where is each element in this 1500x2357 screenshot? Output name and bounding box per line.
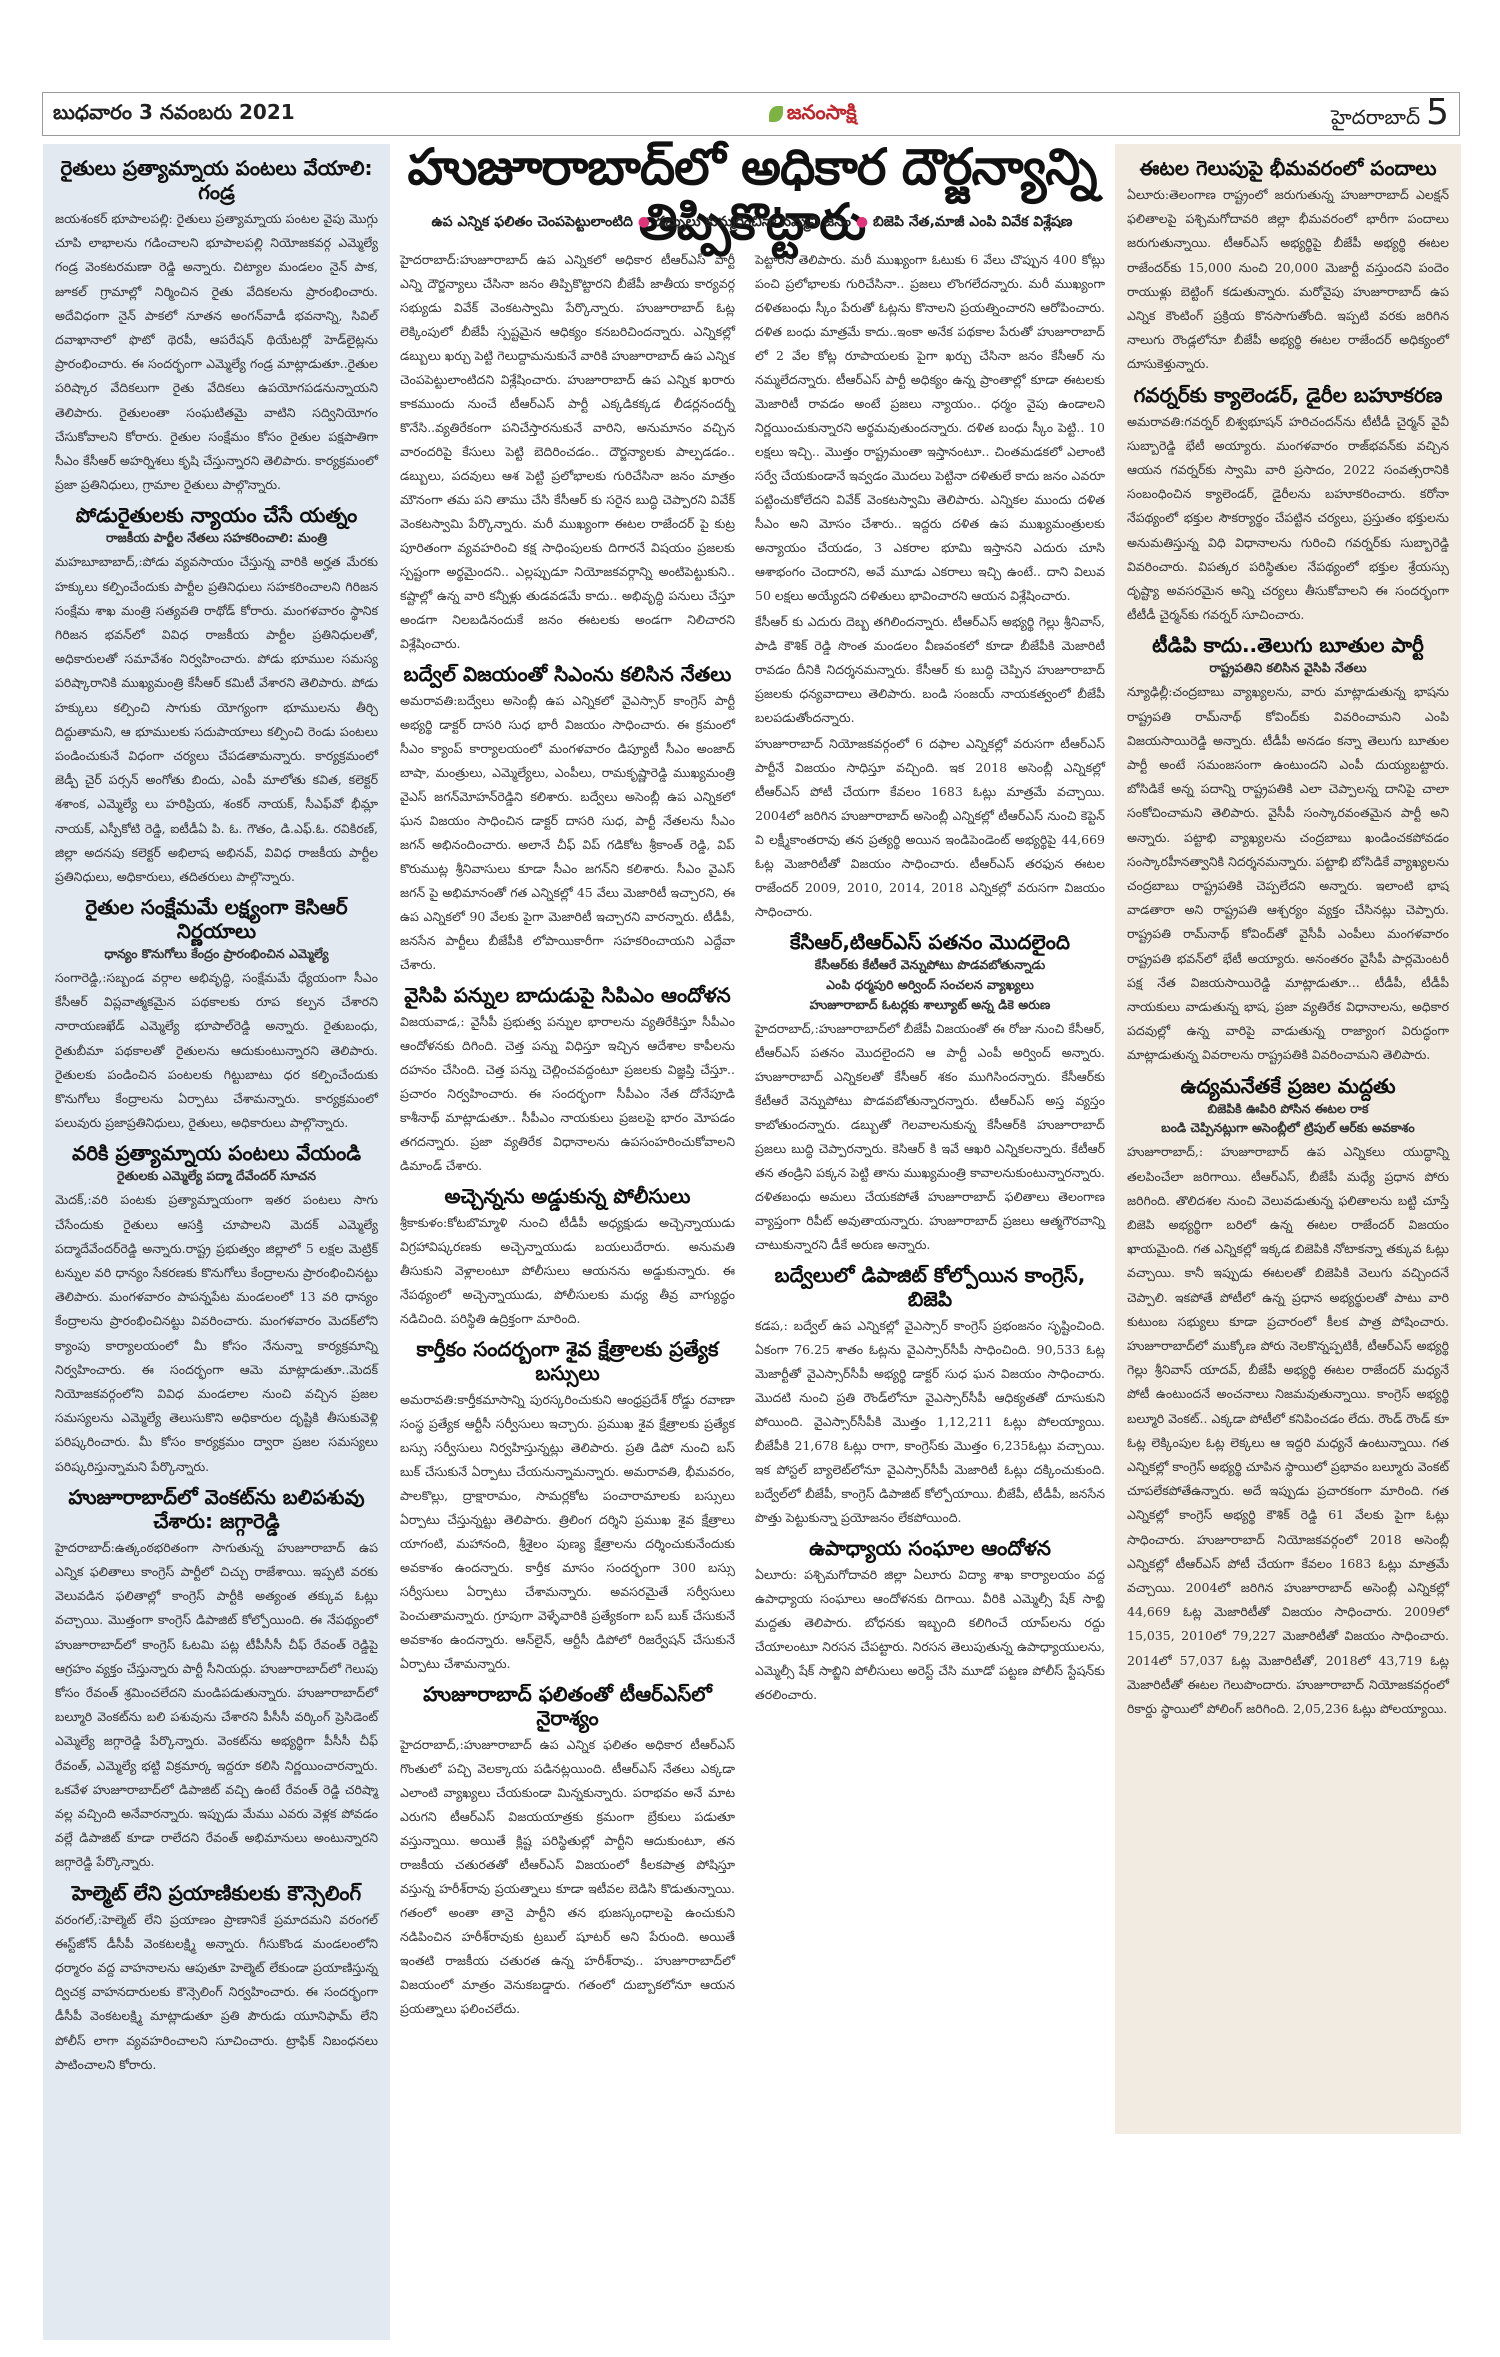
article: హుజూరాబాద్‌లో వెంకట్‌ను బలిపశువు చేశారు:… — [55, 1485, 378, 1875]
article-body: మహబూబాబాద్‌,:పోడు వ్యవసాయం చేస్తున్న వార… — [55, 550, 378, 889]
article-subhead: బిజెపికి ఊపిరి పోసిన ఈటల రాక — [1127, 1101, 1449, 1118]
brand-name: జనంసాక్షి — [787, 100, 857, 129]
lead-subhead: డబ్బులు కుమ్మరించినా నమ్మని జనం — [655, 214, 851, 230]
article-body: న్యూఢిల్లీ:చంద్రబాబు వ్యాఖ్యలను, వారు మా… — [1127, 680, 1449, 1067]
article-body: అమరావతి:గవర్నర్‌ బిశ్వభూషన్‌ హరిచందన్‌ను… — [1127, 410, 1449, 628]
article: ఉద్యమనేతకే ప్రజల మద్దతు బిజెపికి ఊపిరి ప… — [1127, 1074, 1449, 1722]
article-subhead: రాజకీయ పార్టీల నేతలు సహకరించాలి: మంత్రి — [55, 530, 378, 547]
article: టీడిపి కాదు..తెలుగు బూతుల పార్టీ రాష్ట్ర… — [1127, 633, 1449, 1067]
lead-body-continued: పెట్టారని తెలిపారు. మరీ ముఖ్యంగా ఓటుకు 6… — [755, 248, 1105, 608]
article: ఈటల గెలుపుపై భీమవరంలో పందాలు ఏలూరు:తెలంగ… — [1127, 156, 1449, 377]
article: బద్వేలులో డిపాజిట్‌ కోల్పోయిన కాంగ్రెస్‌… — [755, 1263, 1105, 1530]
article: గవర్నర్‌కు క్యాలెండర్‌, డైరీల బహూకరణ అమర… — [1127, 383, 1449, 628]
article: రైతులు ప్రత్యామ్నాయ పంటలు వేయాలి: గండ్ర … — [55, 156, 378, 497]
article-headline: పోడురైతులకు న్యాయం చేసే యత్నం — [55, 503, 378, 527]
page-number: 5 — [1426, 95, 1449, 131]
article-body: హుజూరాబాద్‌,: హుజూరాబాద్‌ ఉప ఎన్నికలు యు… — [1127, 1140, 1449, 1721]
article-headline: ఈటల గెలుపుపై భీమవరంలో పందాలు — [1127, 156, 1449, 180]
article-body: హుజూరాబాద్‌ నియోజకవర్గంలో 6 దఫాల ఎన్నికల… — [755, 732, 1105, 924]
lead-headline: హుజూరాబాద్‌లో అధికార దౌర్జన్యాన్ని తిప్ప… — [392, 140, 1112, 250]
article-subhead: ఎంపి ధర్మపురి అర్వింద్‌ సంచలన వ్యాఖ్యలు — [755, 977, 1105, 994]
article-subhead: కేసీఆర్‌కు కేటీఆరే వెన్నుపోటు పొడవబోతున్… — [755, 957, 1105, 974]
article-headline: బద్వేలులో డిపాజిట్‌ కోల్పోయిన కాంగ్రెస్‌… — [755, 1263, 1105, 1311]
article: హుజూరాబాద్‌ ఫలితంతో టీఆర్‌ఎస్‌లో నైరాశ్య… — [400, 1682, 735, 2021]
article-subhead: బండి చెప్పినట్లుగా అసెంబ్లీలో ట్రిపుల్‌ … — [1127, 1120, 1449, 1137]
article-headline: టీడిపి కాదు..తెలుగు బూతుల పార్టీ — [1127, 633, 1449, 657]
article-headline: హుజూరాబాద్‌లో వెంకట్‌ను బలిపశువు చేశారు:… — [55, 1485, 378, 1533]
article-headline: వైసిపి పన్నుల బాదుడుపై సిపిఎం ఆందోళన — [400, 983, 735, 1007]
article-subhead: రాష్ట్రపతిని కలిసిన వైసిపి నేతలు — [1127, 660, 1449, 677]
lead-subhead: ఉప ఎన్నిక ఫలితం చెంపపెట్టులాంటిది — [432, 214, 633, 230]
article: వైసిపి పన్నుల బాదుడుపై సిపిఎం ఆందోళన విజ… — [400, 983, 735, 1178]
article-body: సంగారెడ్డి,:సబ్బండ వర్గాల అభివృద్ధి, సంక… — [55, 966, 378, 1135]
article: పోడురైతులకు న్యాయం చేసే యత్నం రాజకీయ పార… — [55, 503, 378, 889]
article-body: ఏలూరు:తెలంగాణ రాష్ట్రంలో జరుగుతున్న హుజూ… — [1127, 183, 1449, 377]
edition-label: హైదరాబాద్ 5 — [1331, 95, 1449, 134]
article-body: హైదరాబాద్‌:ఉత్కంఠభరితంగా సాగుతున్న హుజూర… — [55, 1536, 378, 1875]
bullet-icon: ● — [856, 214, 873, 230]
article: బద్వేల్‌ విజయంతో సిఎంను కలిసిన నేతలు అమర… — [400, 662, 735, 977]
article-body: వరంగల్‌,:హెల్మెట్‌ లేని ప్రయాణం ప్రాణాని… — [55, 1908, 378, 2077]
article: ఉపాధ్యాయ సంఘాల ఆందోళన ఏలూరు: పశ్చిమగోదావ… — [755, 1536, 1105, 1707]
article-body: విజయవాడ,: వైసీపీ ప్రభుత్వ పన్నుల భారాలను… — [400, 1010, 735, 1178]
left-news-column: రైతులు ప్రత్యామ్నాయ పంటలు వేయాలి: గండ్ర … — [43, 144, 390, 2340]
article-body: ఏలూరు: పశ్చిమగోదావరి జిల్లా ఏలూరు విద్యా… — [755, 1563, 1105, 1707]
article-body: కేసీఆర్‌ కు ఎదురు దెబ్బ తగిలిందన్నారు. ట… — [755, 610, 1105, 730]
center-news-column: హైదరాబాద్‌:హుజూరాబాద్‌ ఉప ఎన్నికలో అధికా… — [390, 248, 745, 2348]
lead-subheads: ఉప ఎన్నిక ఫలితం చెంపపెట్టులాంటిది ● డబ్బ… — [392, 214, 1112, 233]
article-body: హైదరాబాద్‌,:హుజూరాబాద్‌ ఉప ఎన్నిక ఫలితం … — [400, 1733, 735, 2021]
article-body: జయశంకర్‌ భూపాలపల్లి: రైతులు ప్రత్యామ్నాయ… — [55, 207, 378, 497]
article-headline: ఉద్యమనేతకే ప్రజల మద్దతు — [1127, 1074, 1449, 1098]
brand-leaf-icon — [769, 106, 783, 122]
issue-date: బుధవారం 3 నవంబరు 2021 — [53, 100, 295, 129]
article: హుజూరాబాద్‌ నియోజకవర్గంలో 6 దఫాల ఎన్నికల… — [755, 732, 1105, 924]
lead-body: హైదరాబాద్‌:హుజూరాబాద్‌ ఉప ఎన్నికలో అధికా… — [400, 248, 735, 656]
article-headline: ఉపాధ్యాయ సంఘాల ఆందోళన — [755, 1536, 1105, 1560]
article: రైతుల సంక్షేమమే లక్ష్యంగా కెసిఆర్‌ నిర్ణ… — [55, 895, 378, 1135]
center-right-news-column: పెట్టారని తెలిపారు. మరీ ముఖ్యంగా ఓటుకు 6… — [745, 248, 1115, 2348]
article-body: శ్రీకాకుళం:కోటబొమ్మాళి నుంచి టీడీపీ అధ్య… — [400, 1211, 735, 1331]
article-body: కడప,: బద్వేల్‌ ఉప ఎన్నికల్లో వైఎస్సార్‌ … — [755, 1314, 1105, 1530]
article-headline: వరికి ప్రత్యామ్నాయ పంటలు వేయండి — [55, 1141, 378, 1165]
article-headline: గవర్నర్‌కు క్యాలెండర్‌, డైరీల బహూకరణ — [1127, 383, 1449, 407]
bullet-icon: ● — [638, 214, 655, 230]
article-headline: రైతులు ప్రత్యామ్నాయ పంటలు వేయాలి: గండ్ర — [55, 156, 378, 204]
article-headline: బద్వేల్‌ విజయంతో సిఎంను కలిసిన నేతలు — [400, 662, 735, 686]
article: కార్తీకం సందర్బంగా శైవ క్షేత్రాలకు ప్రత్… — [400, 1337, 735, 1676]
masthead-brand: జనంసాక్షి — [769, 100, 857, 129]
article-headline: హెల్మెట్‌ లేని ప్రయాణికులకు కౌన్సెలింగ్‌ — [55, 1881, 378, 1905]
article-body: మెదక్‌,:వరి పంటకు ప్రత్యామ్నాయంగా ఇతర పం… — [55, 1188, 378, 1478]
article-subhead: ధాన్యం కొనుగోలు కేంద్రం ప్రారంభించిన ఎమ్… — [55, 946, 378, 963]
right-news-column: ఈటల గెలుపుపై భీమవరంలో పందాలు ఏలూరు:తెలంగ… — [1115, 144, 1461, 2134]
article-headline: కేసిఆర్‌,టిఆర్‌ఎస్‌ పతనం మొదలైంది — [755, 930, 1105, 954]
page-header: బుధవారం 3 నవంబరు 2021 జనంసాక్షి హైదరాబాద… — [42, 92, 1460, 136]
article-body: హైదరాబాద్‌,:హుజూరాబాద్‌లో బీజేపీ విజయంతో… — [755, 1017, 1105, 1257]
article-headline: హుజూరాబాద్‌ ఫలితంతో టీఆర్‌ఎస్‌లో నైరాశ్య… — [400, 1682, 735, 1730]
edition-city: హైదరాబాద్ — [1331, 105, 1420, 134]
article-body: అమరావతి:కార్తీకమాసాన్ని పురస్కరించుకుని … — [400, 1388, 735, 1676]
article-subhead: హుజూరాబాద్‌ ఓటర్లకు శాల్యూట్‌ అన్న డికె … — [755, 997, 1105, 1014]
article: వరికి ప్రత్యామ్నాయ పంటలు వేయండి రైతులకు … — [55, 1141, 378, 1478]
article-body: అమరావతి:బద్వేలు అసెంబ్లీ ఉప ఎన్నికలో వైఎ… — [400, 689, 735, 977]
article-subhead: రైతులకు ఎమ్మెల్యే పద్మా దేవేందర్‌ సూచన — [55, 1168, 378, 1185]
article: అచ్చెన్నను అడ్డుకున్న పోలీసులు శ్రీకాకుళ… — [400, 1184, 735, 1331]
article-headline: అచ్చెన్నను అడ్డుకున్న పోలీసులు — [400, 1184, 735, 1208]
article: కేసిఆర్‌,టిఆర్‌ఎస్‌ పతనం మొదలైంది కేసీఆర… — [755, 930, 1105, 1257]
article-headline: కార్తీకం సందర్బంగా శైవ క్షేత్రాలకు ప్రత్… — [400, 1337, 735, 1385]
article: హెల్మెట్‌ లేని ప్రయాణికులకు కౌన్సెలింగ్‌… — [55, 1881, 378, 2077]
article-headline: రైతుల సంక్షేమమే లక్ష్యంగా కెసిఆర్‌ నిర్ణ… — [55, 895, 378, 943]
lead-subhead: బిజెపి నేత,మాజీ ఎంపి వివేక విశ్లేషణ — [873, 214, 1072, 230]
